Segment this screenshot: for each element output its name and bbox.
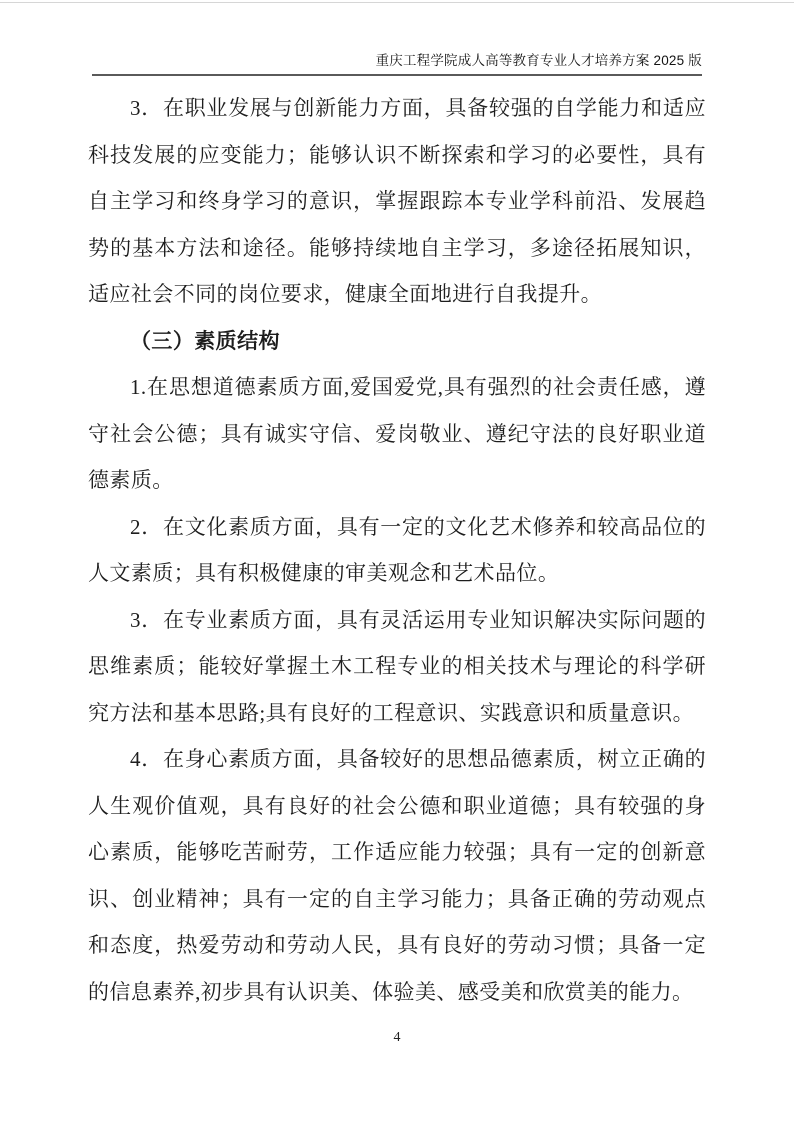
- paragraph-cultural-quality: 2．在文化素质方面，具有一定的文化艺术修养和较高品位的人文素质；具有积极健康的审…: [88, 504, 706, 597]
- paragraph-career-development: 3．在职业发展与创新能力方面，具备较强的自学能力和适应科技发展的应变能力；能够认…: [88, 85, 706, 318]
- page-top-edge-line: [0, 2, 794, 3]
- page-number: 4: [0, 1028, 794, 1048]
- paragraph-moral-quality: 1.在思想道德素质方面,爱国爱党,具有强烈的社会责任感，遵守社会公德；具有诚实守…: [88, 364, 706, 504]
- page-header-title: 重庆工程学院成人高等教育专业人才培养方案 2025 版: [92, 52, 702, 70]
- section-heading-quality-structure: （三）素质结构: [88, 318, 706, 365]
- document-page: 重庆工程学院成人高等教育专业人才培养方案 2025 版 3．在职业发展与创新能力…: [0, 0, 794, 1122]
- header-rule: [92, 74, 702, 76]
- paragraph-physical-mental-quality: 4．在身心素质方面，具备较好的思想品德素质，树立正确的人生观价值观，具有良好的社…: [88, 736, 706, 1015]
- document-body: 3．在职业发展与创新能力方面，具备较强的自学能力和适应科技发展的应变能力；能够认…: [88, 85, 706, 1015]
- paragraph-professional-quality: 3．在专业素质方面，具有灵活运用专业知识解决实际问题的思维素质；能较好掌握土木工…: [88, 597, 706, 737]
